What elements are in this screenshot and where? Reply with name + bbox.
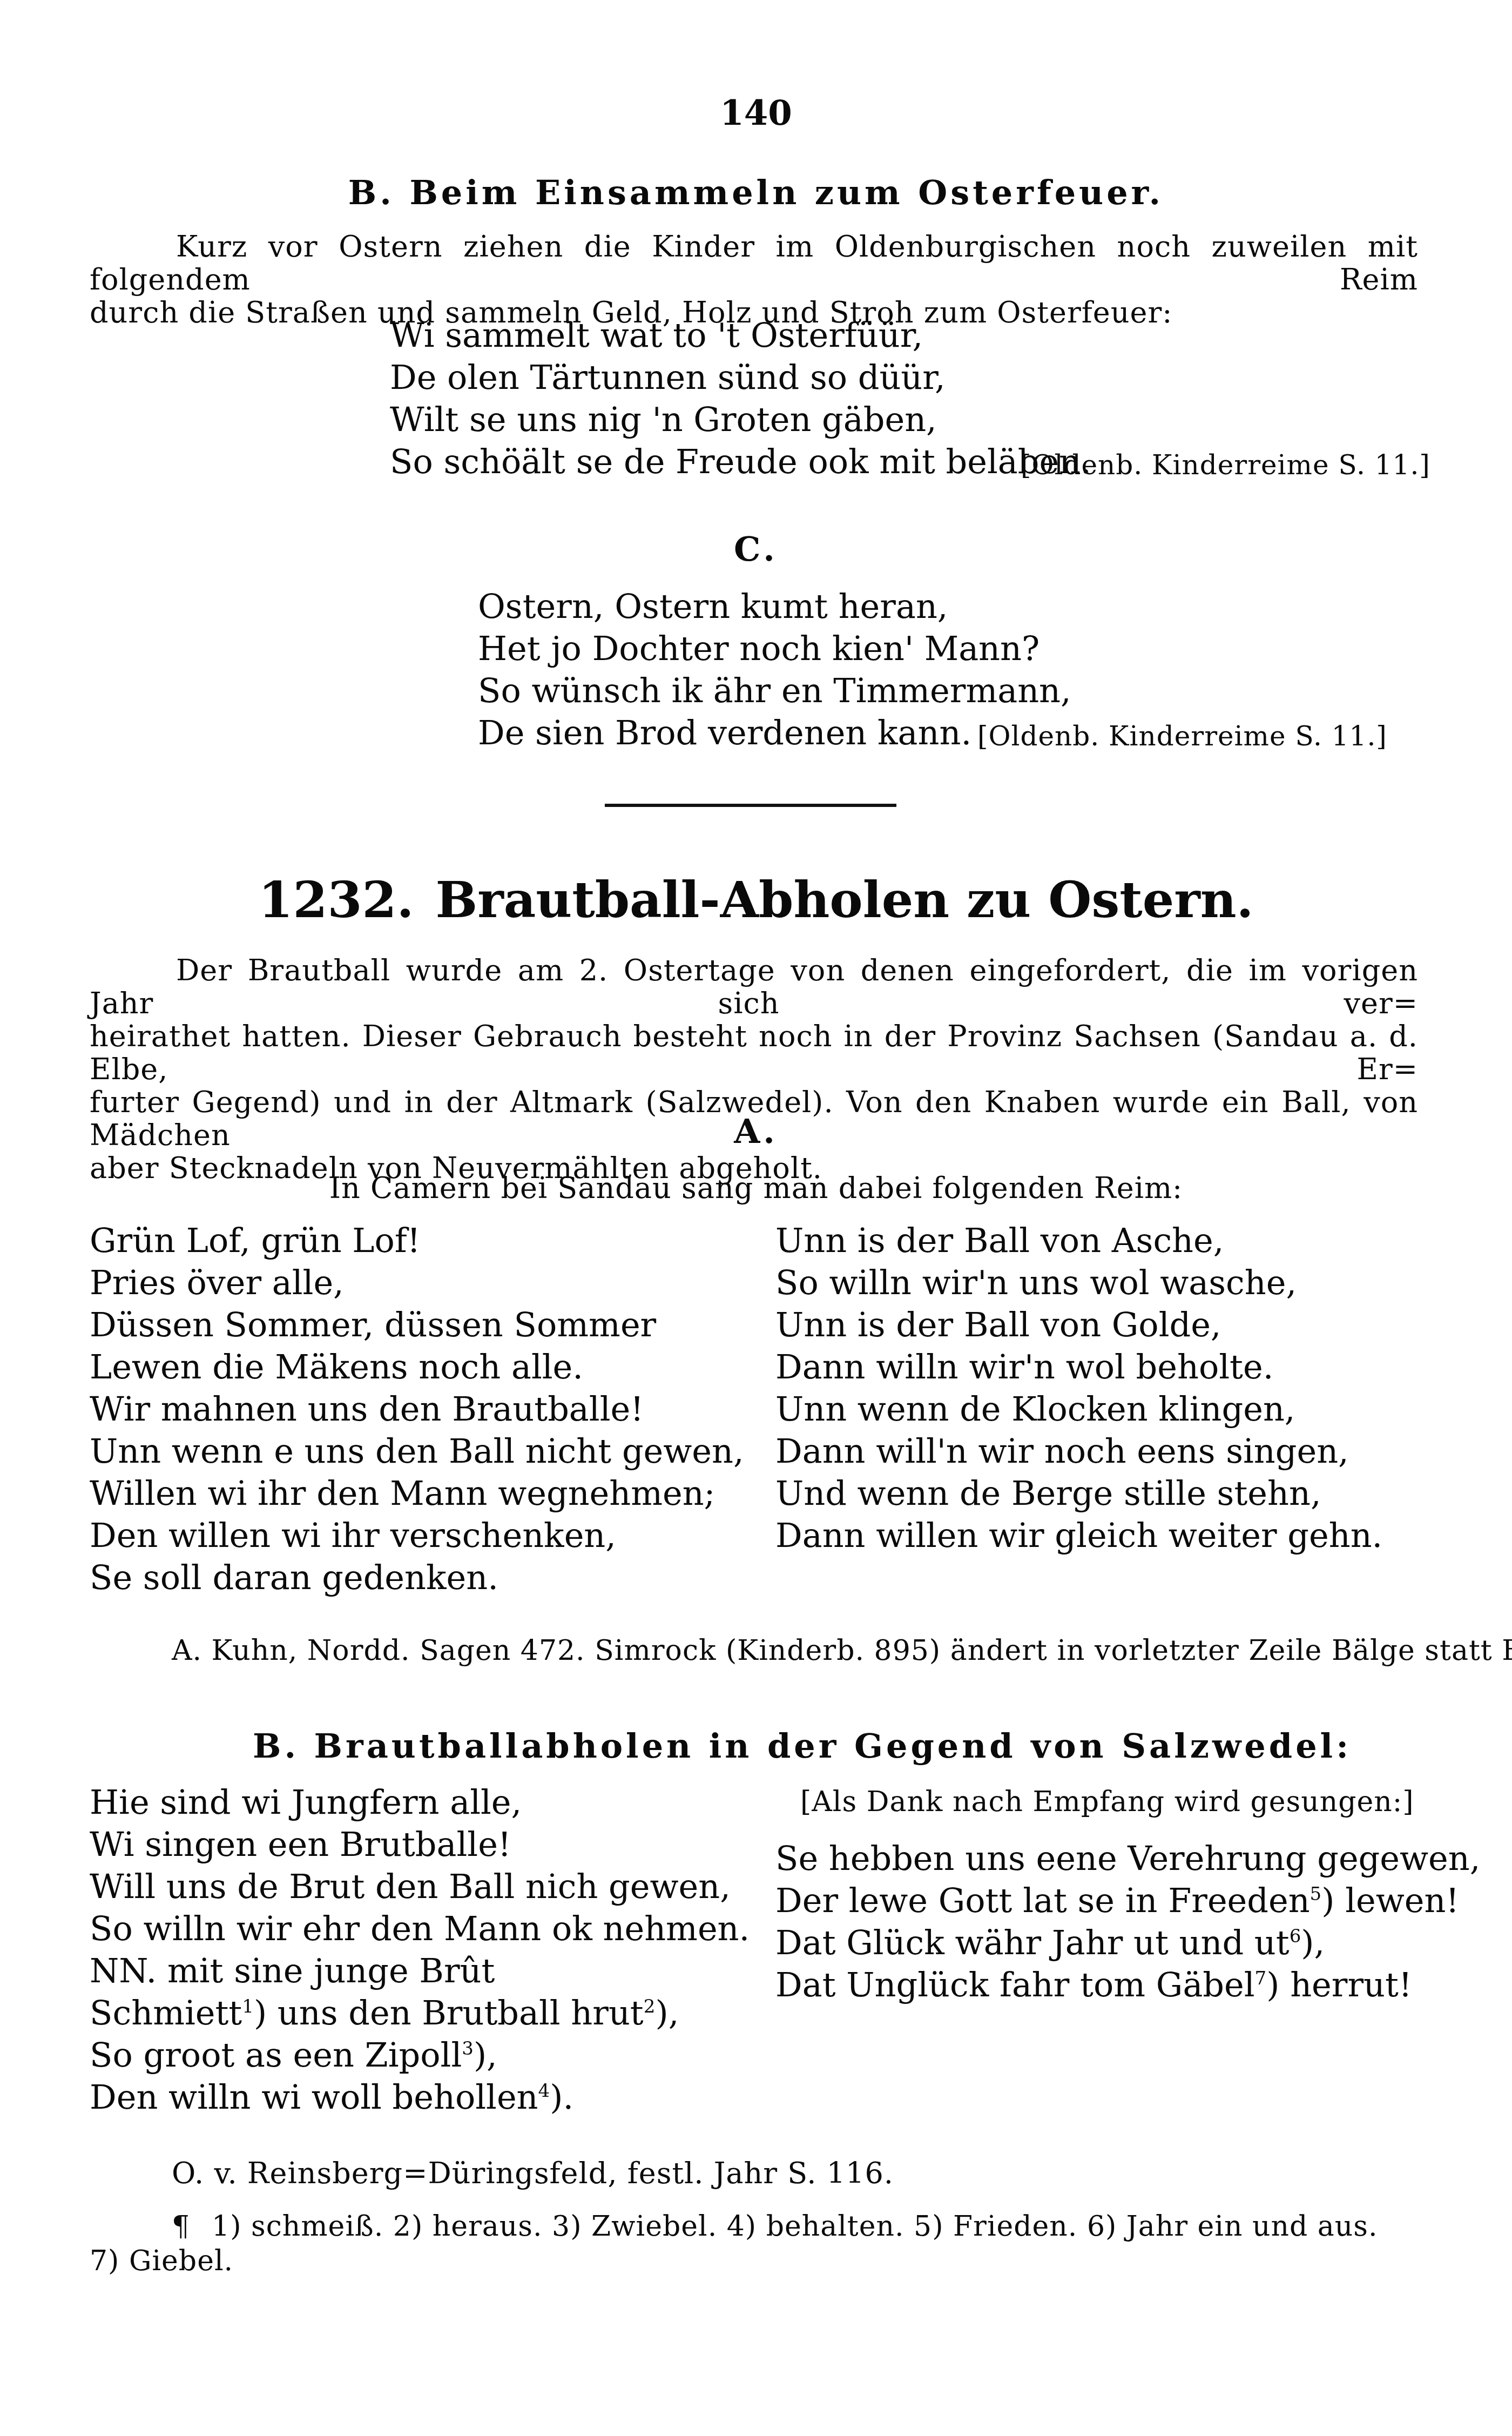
verse-line: Schmiett1) uns den Brutball hrut2),: [90, 1992, 750, 2034]
section-a-heading: A.: [0, 1112, 1512, 1151]
verse-line: De olen Tärtunnen sünd so düür,: [390, 356, 1091, 399]
verse-line: Wi sammelt wat to 't Osterfüür,: [390, 314, 1091, 356]
verse-line: Ostern, Ostern kumt heran,: [478, 586, 1071, 628]
section-b-right-verse: Se hebben uns eene Verehrung gegewen, De…: [775, 1838, 1480, 2006]
footnotes-line-1: ¶1) schmeiß. 2) heraus. 3) Zwiebel. 4) b…: [172, 2210, 1378, 2243]
page-number: 140: [0, 93, 1512, 133]
verse-line: Grün Lof, grün Lof!: [90, 1220, 744, 1262]
verse-line: Dann will'n wir noch eens singen,: [775, 1430, 1382, 1472]
section-a-left-verse: Grün Lof, grün Lof! Pries över alle, Düs…: [90, 1220, 744, 1599]
verse-line: Unn is der Ball von Asche,: [775, 1220, 1382, 1262]
verse-line: Dat Glück währ Jahr ut und ut6),: [775, 1922, 1480, 1964]
verse-line: Der lewe Gott lat se in Freeden5) lewen!: [775, 1880, 1480, 1922]
verse-text: ),: [1301, 1923, 1325, 1962]
verse-line: Lewen die Mäkens noch alle.: [90, 1346, 744, 1388]
verse-text: ),: [655, 1993, 679, 2033]
verse-line: So schöält se de Freude ook mit beläben.: [390, 441, 1091, 483]
verse-line: Unn is der Ball von Golde,: [775, 1304, 1382, 1346]
verse-line: So willn wir'n uns wol wasche,: [775, 1262, 1382, 1304]
verse-line: Wilt se uns nig 'n Groten gäben,: [390, 399, 1091, 441]
section-b-left-verse: Hie sind wi Jungfern alle, Wi singen een…: [90, 1781, 750, 2118]
verse-text: ).: [550, 2077, 573, 2117]
verse-line: NN. mit sine junge Brût: [90, 1950, 750, 1992]
section-c-source: [Oldenb. Kinderreime S. 11.]: [977, 721, 1387, 752]
verse-line: Se hebben uns eene Verehrung gegewen,: [775, 1838, 1480, 1880]
verse-line: So groot as een Zipoll3),: [90, 2034, 750, 2076]
verse-line: Se soll daran gedenken.: [90, 1557, 744, 1599]
verse-line: Unn wenn de Klocken klingen,: [775, 1388, 1382, 1430]
footnote-ref: 4: [538, 2080, 550, 2102]
verse-line: Dann willen wir gleich weiter gehn.: [775, 1515, 1382, 1557]
section-a-right-verse: Unn is der Ball von Asche, So willn wir'…: [775, 1220, 1382, 1557]
verse-text: ) lewen!: [1321, 1881, 1459, 1920]
footnotes-line-2: 7) Giebel.: [90, 2245, 233, 2277]
verse-line: So wünsch ik ähr en Timmermann,: [478, 670, 1071, 712]
footnote-ref: 3: [462, 2038, 474, 2060]
verse-text: ) uns den Brutball hrut: [254, 1993, 644, 2033]
verse-line: Pries över alle,: [90, 1262, 744, 1304]
verse-line: Dat Unglück fahr tom Gäbel7) herrut!: [775, 1964, 1480, 2006]
verse-text: So groot as een Zipoll: [90, 2035, 462, 2075]
entry-title-text: Brautball-Abholen zu Ostern.: [435, 871, 1253, 929]
section-a-intro: In Camern bei Sandau sang man dabei folg…: [0, 1171, 1512, 1205]
intro-line: heirathet hatten. Dieser Gebrauch besteh…: [90, 1020, 1418, 1086]
verse-line: Düssen Sommer, düssen Sommer: [90, 1304, 744, 1346]
footnote-ref: 7: [1255, 1968, 1267, 1989]
footnote-ref: 6: [1290, 1926, 1301, 1947]
verse-line: Unn wenn e uns den Ball nicht gewen,: [90, 1430, 744, 1472]
verse-text: Dat Glück währ Jahr ut und ut: [775, 1923, 1290, 1962]
verse-text: ) herrut!: [1266, 1965, 1412, 2004]
osterfeuer-source: [Oldenb. Kinderreime S. 11.]: [1021, 449, 1430, 481]
section-b-salzwedel-heading: B. Brautballabholen in der Gegend von Sa…: [253, 1726, 1352, 1766]
section-a-source: A. Kuhn, Nordd. Sagen 472. Simrock (Kind…: [172, 1634, 1512, 1667]
verse-line: Wir mahnen uns den Brautballe!: [90, 1388, 744, 1430]
section-b-osterfeuer-heading: B. Beim Einsammeln zum Osterfeuer.: [0, 173, 1512, 212]
verse-text: Der lewe Gott lat se in Freeden: [775, 1881, 1310, 1920]
footnote-ref: 5: [1310, 1883, 1322, 1905]
intro-line: Der Brautball wurde am 2. Ostertage von …: [90, 954, 1418, 1020]
section-divider: [605, 804, 896, 807]
verse-line: Und wenn de Berge stille stehn,: [775, 1472, 1382, 1515]
intro-line: Kurz vor Ostern ziehen die Kinder im Old…: [90, 230, 1418, 296]
pilcrow-icon: ¶: [172, 2210, 190, 2243]
verse-line: Hie sind wi Jungfern alle,: [90, 1781, 750, 1823]
verse-text: Dat Unglück fahr tom Gäbel: [775, 1965, 1255, 2004]
verse-line: Het jo Dochter noch kien' Mann?: [478, 628, 1071, 670]
section-b-source: O. v. Reinsberg=Düringsfeld, festl. Jahr…: [172, 2156, 894, 2190]
verse-text: Schmiett: [90, 1993, 242, 2033]
entry-number: 1232.: [258, 871, 414, 929]
verse-text: Den willn wi woll behollen: [90, 2077, 538, 2117]
section-b-right-intro: [Als Dank nach Empfang wird gesungen:]: [800, 1786, 1414, 1818]
entry-title: 1232.Brautball-Abholen zu Ostern.: [0, 871, 1512, 929]
verse-line: Will uns de Brut den Ball nich gewen,: [90, 1866, 750, 1908]
verse-line: Willen wi ihr den Mann wegnehmen;: [90, 1472, 744, 1515]
verse-text: ),: [474, 2035, 497, 2075]
section-c-heading: C.: [0, 529, 1512, 569]
osterfeuer-verse: Wi sammelt wat to 't Osterfüür, De olen …: [390, 314, 1091, 483]
footnote-text: 1) schmeiß. 2) heraus. 3) Zwiebel. 4) be…: [212, 2210, 1378, 2243]
footnote-ref: 1: [242, 1996, 254, 2017]
verse-line: Wi singen een Brutballe!: [90, 1823, 750, 1866]
footnote-ref: 2: [644, 1996, 656, 2017]
verse-line: Den willen wi ihr verschenken,: [90, 1515, 744, 1557]
verse-line: So willn wir ehr den Mann ok nehmen.: [90, 1908, 750, 1950]
verse-line: Dann willn wir'n wol beholte.: [775, 1346, 1382, 1388]
verse-line: Den willn wi woll behollen4).: [90, 2076, 750, 2118]
